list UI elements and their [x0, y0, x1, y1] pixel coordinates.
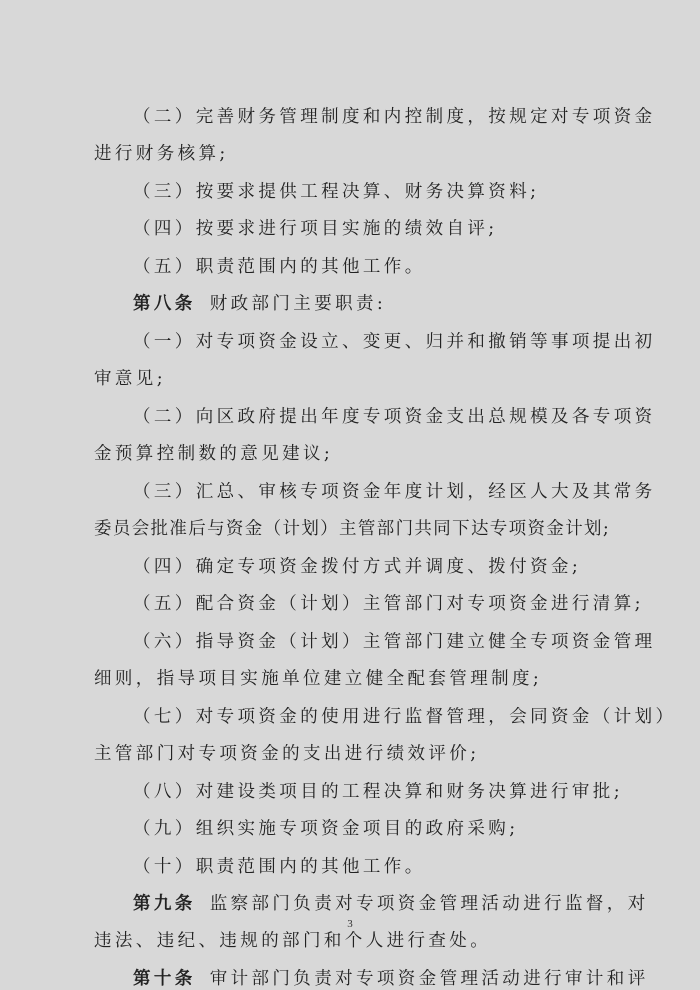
- line-12: 委员会批准后与资金（计划）主管部门共同下达专项资金计划;: [94, 518, 610, 540]
- line-10: 金预算控制数的意见建议;: [94, 443, 610, 465]
- article-text: 财政部门主要职责:: [210, 294, 387, 314]
- line-15: （六）指导资金（计划）主管部门建立健全专项资金管理: [133, 631, 610, 653]
- article-heading: 第九条: [133, 894, 196, 914]
- line-03: （三）按要求提供工程决算、财务决算资料;: [133, 181, 610, 203]
- line-23: 违法、违纪、违规的部门和个人进行查处。: [94, 930, 610, 952]
- article-10-line: 第十条审计部门负责对专项资金管理活动进行审计和评: [133, 968, 610, 990]
- line-16: 细则，指导项目实施单位建立健全配套管理制度;: [94, 668, 610, 690]
- line-20: （九）组织实施专项资金项目的政府采购;: [133, 818, 610, 840]
- line-07: （一）对专项资金设立、变更、归并和撤销等事项提出初: [133, 331, 610, 353]
- line-14: （五）配合资金（计划）主管部门对专项资金进行清算;: [133, 593, 610, 615]
- line-11: （三）汇总、审核专项资金年度计划，经区人大及其常务: [133, 481, 610, 503]
- line-01: （二）完善财务管理制度和内控制度，按规定对专项资金: [133, 106, 610, 128]
- line-05: （五）职责范围内的其他工作。: [133, 256, 610, 278]
- line-08: 审意见;: [94, 368, 610, 390]
- line-21: （十）职责范围内的其他工作。: [133, 856, 610, 878]
- line-09: （二）向区政府提出年度专项资金支出总规模及各专项资: [133, 406, 610, 428]
- line-19: （八）对建设类项目的工程决算和财务决算进行审批;: [133, 781, 610, 803]
- article-text: 审计部门负责对专项资金管理活动进行审计和评: [210, 969, 649, 989]
- article-8-line: 第八条财政部门主要职责:: [133, 293, 610, 315]
- article-heading: 第八条: [133, 294, 196, 314]
- document-page: （二）完善财务管理制度和内控制度，按规定对专项资金 进行财务核算; （三）按要求…: [0, 0, 700, 990]
- line-04: （四）按要求进行项目实施的绩效自评;: [133, 218, 610, 240]
- page-number: 3: [343, 918, 357, 930]
- article-9-line: 第九条监察部门负责对专项资金管理活动进行监督，对: [133, 893, 610, 915]
- line-17: （七）对专项资金的使用进行监督管理，会同资金（计划）: [133, 706, 610, 728]
- article-text: 监察部门负责对专项资金管理活动进行监督，对: [210, 894, 649, 914]
- line-13: （四）确定专项资金拨付方式并调度、拨付资金;: [133, 556, 610, 578]
- article-heading: 第十条: [133, 969, 196, 989]
- line-02: 进行财务核算;: [94, 143, 610, 165]
- line-18: 主管部门对专项资金的支出进行绩效评价;: [94, 743, 610, 765]
